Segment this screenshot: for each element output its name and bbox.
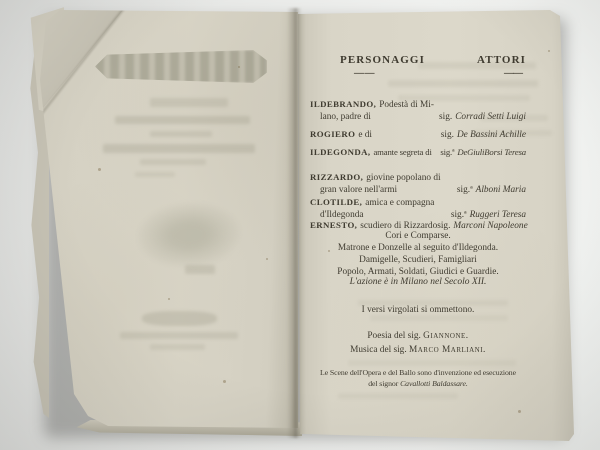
- cast-line: gran valore nell'armi sig.ª Alboni Maria: [310, 184, 526, 196]
- attori-heading: ATTORI: [477, 54, 526, 66]
- cast-page-content: PERSONAGGI ATTORI — — —— ILDEBRANDO, Pod…: [310, 10, 526, 442]
- rule-under-personaggi: — —: [354, 68, 374, 79]
- cast-line: ROGIERO e di sig. De Bassini Achille: [310, 128, 526, 141]
- showthrough-imprint-line: [150, 344, 205, 350]
- cast-list: ILDEBRANDO, Podestà di Mi- lano, padre d…: [310, 98, 526, 232]
- showthrough-line: [103, 144, 255, 153]
- right-page: PERSONAGGI ATTORI — — —— ILDEBRANDO, Pod…: [298, 10, 574, 442]
- showthrough-line: [135, 172, 175, 177]
- showthrough-imprint-line: [120, 332, 238, 339]
- fox-spot: [98, 168, 101, 171]
- rule-under-attori: ——: [504, 68, 522, 79]
- libretto-photo: PERSONAGGI ATTORI — — —— ILDEBRANDO, Pod…: [0, 0, 600, 450]
- cast-line: RIZZARDO, giovine popolano di: [310, 171, 526, 184]
- poetry-credit: Poesia del sig. Giannone.: [310, 329, 526, 343]
- chorus-line: Cori e Comparse.: [310, 230, 526, 242]
- showthrough-line: [150, 98, 228, 107]
- setting-line: L'azione è in Milano nel Secolo XII.: [310, 277, 526, 287]
- showthrough-title-banner: [95, 50, 267, 83]
- cast-line: lano, padre di sig. Corradi Setti Luigi: [310, 111, 526, 123]
- poet-name: Giannone.: [423, 331, 468, 341]
- personaggi-heading: PERSONAGGI: [340, 54, 425, 66]
- showthrough-vignette: [136, 200, 242, 271]
- credits-block: Poesia del sig. Giannone. Musica del sig…: [310, 329, 526, 357]
- fox-spot: [266, 258, 268, 260]
- showthrough-line: [140, 159, 206, 165]
- showthrough-line: [150, 131, 212, 137]
- fox-spot: [238, 66, 240, 68]
- scenes-note-line1: Le Scene dell'Opera e del Ballo sono d'i…: [310, 367, 526, 378]
- cast-line: ILDEBRANDO, Podestà di Mi-: [310, 98, 526, 111]
- cast-page-header: PERSONAGGI ATTORI: [310, 54, 526, 66]
- cast-line: ILDEGONDA, amante segreta di sig.ª DeGiu…: [310, 146, 526, 158]
- left-page: [38, 8, 298, 432]
- cast-line: CLOTILDE, amica e compagna: [310, 196, 526, 209]
- showthrough-vignette-tail: [185, 265, 215, 274]
- chorus-block: Cori e Comparse. Matrone e Donzelle al s…: [310, 230, 526, 278]
- book-gutter: [287, 8, 302, 438]
- music-credit: Musica del sig. Marco Marliani.: [310, 343, 526, 357]
- showthrough-line: [115, 116, 250, 124]
- fox-spot: [223, 380, 226, 383]
- showthrough-imprint-city: [142, 311, 217, 326]
- fox-spot: [548, 50, 550, 52]
- scenes-note-line2: del signor Cavallotti Baldassare.: [310, 378, 526, 389]
- scenographer-name: Cavallotti Baldassare.: [400, 379, 468, 388]
- composer-name: Marco Marliani.: [409, 345, 486, 355]
- chorus-line: Damigelle, Scudieri, Famigliari: [310, 254, 526, 266]
- verses-note: I versi virgolati si ommettono.: [310, 305, 526, 315]
- fox-spot: [168, 298, 170, 300]
- scenes-note: Le Scene dell'Opera e del Ballo sono d'i…: [310, 367, 526, 389]
- chorus-line: Matrone e Donzelle al seguito d'Ildegond…: [310, 242, 526, 254]
- header-rules: — — ——: [310, 68, 526, 78]
